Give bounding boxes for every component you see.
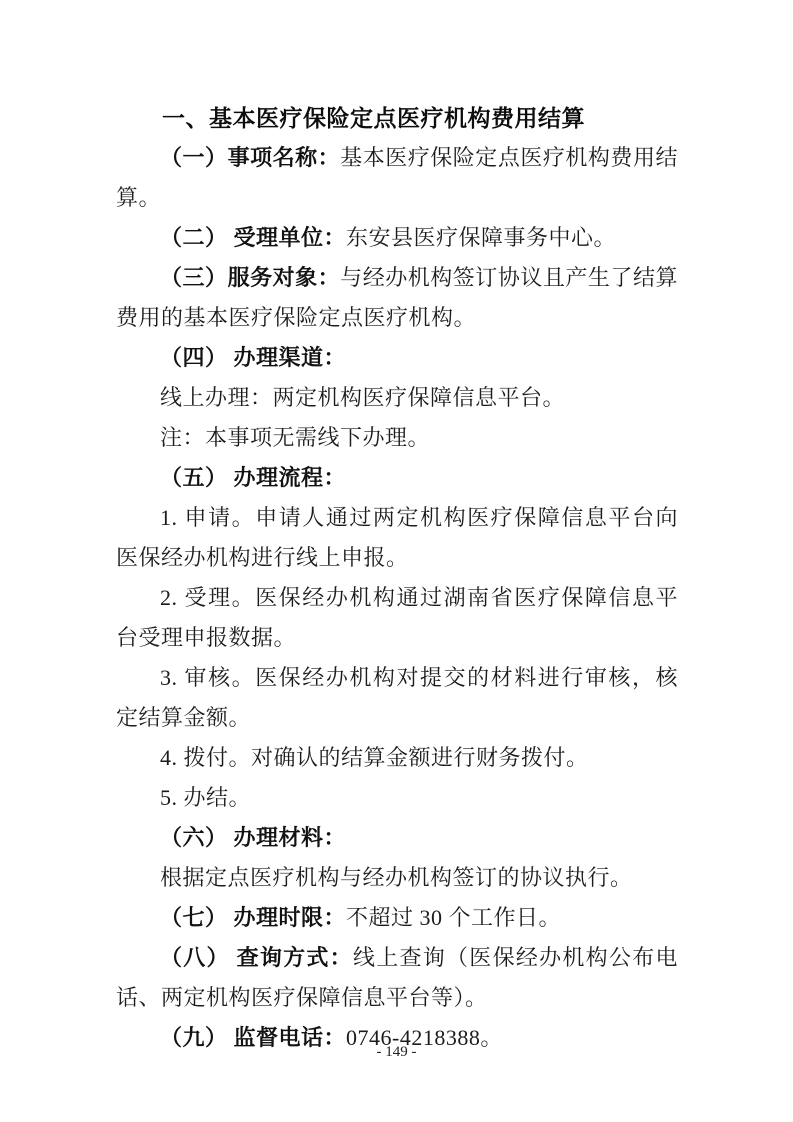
paragraph-text: 不超过 30 个工作日。 <box>346 905 561 930</box>
paragraph-text: 线上办理：两定机构医疗保障信息平台。 <box>160 385 565 410</box>
document-title: 一、基本医疗保险定点医疗机构费用结算 <box>116 98 678 138</box>
paragraph-label: （七） 办理时限： <box>160 905 346 930</box>
paragraph-label: （六） 办理材料： <box>160 825 346 850</box>
paragraph-accepting-unit: （二） 受理单位：东安县医疗保障事务中心。 <box>116 218 678 258</box>
paragraph-item-name: （一）事项名称：基本医疗保险定点医疗机构费用结算。 <box>116 138 678 218</box>
paragraph-text: 3. 审核。医保经办机构对提交的材料进行审核，核定结算金额。 <box>116 665 678 730</box>
paragraph-label: （一）事项名称： <box>160 145 340 170</box>
paragraph-channel-note: 注：本事项无需线下办理。 <box>116 418 678 458</box>
paragraph-process-heading: （五） 办理流程： <box>116 458 678 498</box>
paragraph-channel-heading: （四） 办理渠道： <box>116 338 678 378</box>
paragraph-step-review: 3. 审核。医保经办机构对提交的材料进行审核，核定结算金额。 <box>116 658 678 738</box>
document-page: 一、基本医疗保险定点医疗机构费用结算 （一）事项名称：基本医疗保险定点医疗机构费… <box>0 0 793 1122</box>
paragraph-step-complete: 5. 办结。 <box>116 778 678 818</box>
paragraph-label: （五） 办理流程： <box>160 465 346 490</box>
paragraph-step-payment: 4. 拨付。对确认的结算金额进行财务拨付。 <box>116 738 678 778</box>
paragraph-step-apply: 1. 申请。申请人通过两定机构医疗保障信息平台向医保经办机构进行线上申报。 <box>116 498 678 578</box>
document-content: 一、基本医疗保险定点医疗机构费用结算 （一）事项名称：基本医疗保险定点医疗机构费… <box>116 98 678 1058</box>
paragraph-label: （二） 受理单位： <box>160 225 346 250</box>
paragraph-step-accept: 2. 受理。医保经办机构通过湖南省医疗保障信息平台受理申报数据。 <box>116 578 678 658</box>
paragraph-text: 1. 申请。申请人通过两定机构医疗保障信息平台向医保经办机构进行线上申报。 <box>116 505 678 570</box>
paragraph-online-channel: 线上办理：两定机构医疗保障信息平台。 <box>116 378 678 418</box>
paragraph-text: 东安县医疗保障事务中心。 <box>346 225 616 250</box>
paragraph-text: 注：本事项无需线下办理。 <box>160 425 430 450</box>
paragraph-text: 2. 受理。医保经办机构通过湖南省医疗保障信息平台受理申报数据。 <box>116 585 678 650</box>
paragraph-text: 5. 办结。 <box>160 785 251 810</box>
paragraph-materials-body: 根据定点医疗机构与经办机构签订的协议执行。 <box>116 858 678 898</box>
paragraph-label: （三）服务对象： <box>160 265 340 290</box>
paragraph-text: 4. 拨付。对确认的结算金额进行财务拨付。 <box>160 745 589 770</box>
paragraph-label: （八） 查询方式： <box>160 945 353 970</box>
paragraph-label: （四） 办理渠道： <box>160 345 346 370</box>
paragraph-service-target: （三）服务对象：与经办机构签订协议且产生了结算费用的基本医疗保险定点医疗机构。 <box>116 258 678 338</box>
paragraph-time-limit: （七） 办理时限：不超过 30 个工作日。 <box>116 898 678 938</box>
paragraph-materials-heading: （六） 办理材料： <box>116 818 678 858</box>
paragraph-inquiry-method: （八） 查询方式：线上查询（医保经办机构公布电话、两定机构医疗保障信息平台等）。 <box>116 938 678 1018</box>
page-number: - 149 - <box>0 1042 793 1062</box>
paragraph-text: 根据定点医疗机构与经办机构签订的协议执行。 <box>160 865 633 890</box>
